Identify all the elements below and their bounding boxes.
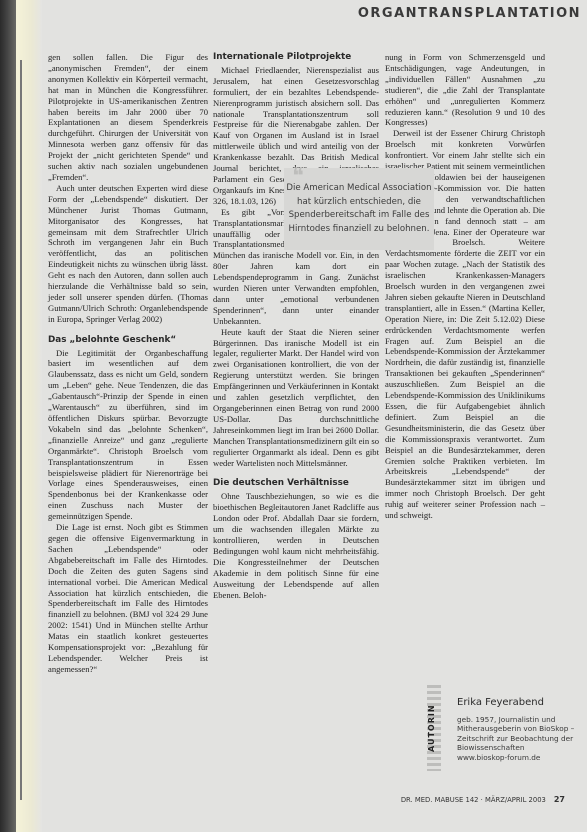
section-title: ORGANTRANSPLANTATION [358, 6, 581, 21]
column-2: Internationale Pilotprojekte Michael Fri… [213, 52, 379, 600]
subheading-deutsche-verhaeltnisse: Die deutschen Verhältnisse [213, 478, 379, 489]
subheading-belohntes-geschenk: Das „belohnte Geschenk“ [48, 335, 208, 346]
page-number: 27 [554, 795, 565, 804]
page-footer: DR. MED. MABUSE 142 · MÄRZ/APRIL 2003 27 [401, 795, 565, 804]
column-1: gen sollen fallen. Die Figur des „anonym… [48, 52, 208, 675]
paragraph: Die Legitimität der Organbeschaffung bas… [48, 348, 208, 523]
column-3: nung in Form von Schmerzensgeld und Ents… [385, 52, 545, 521]
pull-quote: ❝ Die American Medical Association hat k… [284, 168, 434, 250]
author-box: AUTORIN Erika Feyerabend geb. 1957, Jour… [427, 685, 587, 775]
paragraph: nung in Form von Schmerzensgeld und Ents… [385, 52, 545, 128]
book-binding-shadow [0, 0, 16, 832]
author-bio: geb. 1957, Journalistin und Mitherausgeb… [457, 715, 577, 762]
paragraph: Die Lage ist ernst. Noch gibt es Stimmen… [48, 522, 208, 675]
author-name: Erika Feyerabend [457, 697, 544, 708]
paragraph: Ohne Tauschbeziehungen, so wie es die bi… [213, 491, 379, 600]
pull-quote-text: Die American Medical Association hat kür… [286, 183, 431, 234]
paragraph: Auch unter deutschen Experten wird diese… [48, 183, 208, 325]
paragraph: Heute kauft der Staat die Nieren seiner … [213, 327, 379, 469]
subheading-internationale-pilotprojekte: Internationale Pilotprojekte [213, 52, 379, 63]
gutter-line [20, 60, 22, 800]
magazine-page: ORGANTRANSPLANTATION gen sollen fallen. … [42, 0, 587, 832]
quote-mark-icon: ❝ [292, 170, 304, 184]
publication-info: DR. MED. MABUSE 142 · MÄRZ/APRIL 2003 [401, 796, 546, 804]
author-tab-label: AUTORIN [427, 685, 441, 771]
paragraph: gen sollen fallen. Die Figur des „anonym… [48, 52, 208, 183]
